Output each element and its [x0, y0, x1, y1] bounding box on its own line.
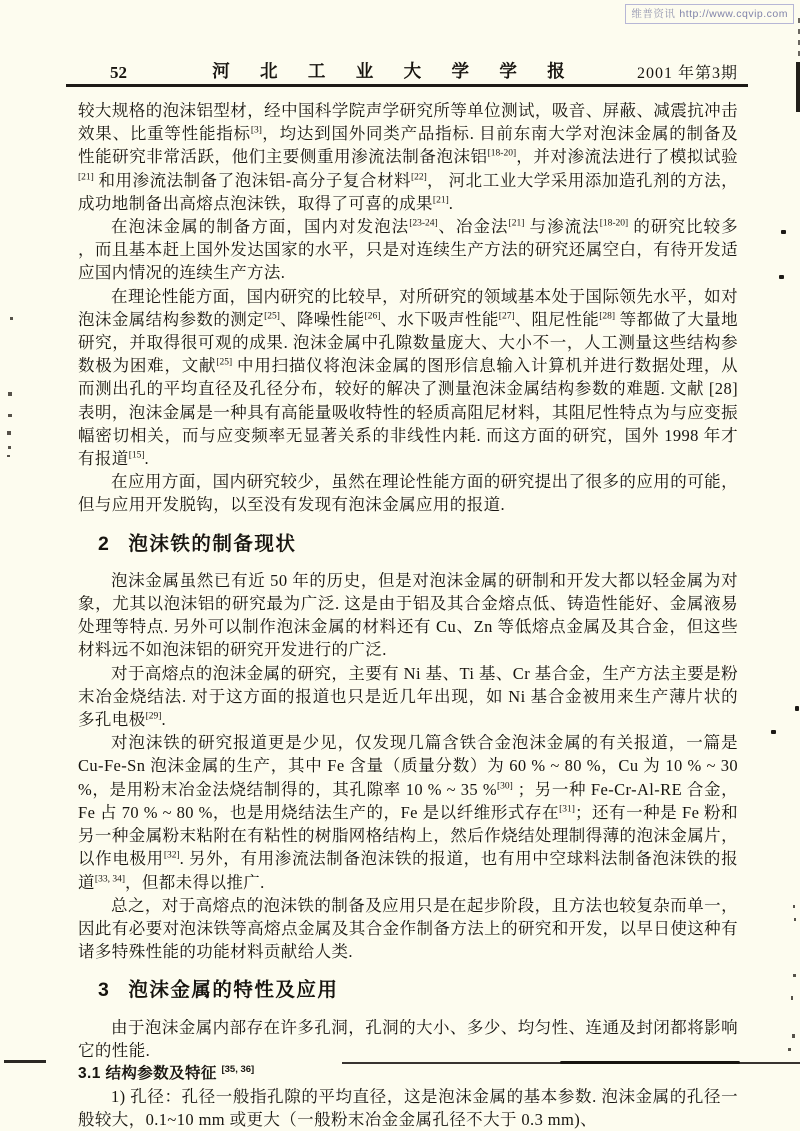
text-run: 对于高熔点的泡沫金属的研究，主要有 Ni 基、Ti 基、Cr 基合金，生产方法主… — [78, 664, 738, 729]
scan-artifact-speck — [794, 918, 796, 921]
paragraph: 总之，对于高熔点的泡沫铁的制备及应用只是在起步阶段，且方法也较复杂而单一，因此有… — [78, 894, 738, 964]
reference-superscript: [21] — [433, 195, 449, 205]
scan-artifact-speck — [788, 1048, 791, 1051]
text-run: 、阻尼性能 — [515, 310, 600, 329]
text-run: . — [161, 710, 166, 729]
reference-superscript: [30] — [497, 781, 513, 791]
section-title: 泡沫金属的特性及应用 — [128, 979, 338, 1001]
scan-artifact-speck — [8, 392, 12, 396]
reference-superscript: [29] — [146, 712, 162, 722]
reference-superscript: [21] — [509, 219, 525, 229]
text-run: 由于泡沫金属内部存在许多孔洞，孔洞的大小、多少、均匀性、连通及封闭都将影响它的性… — [78, 1018, 738, 1060]
scan-artifact-dot — [781, 230, 786, 234]
scan-artifact-right-streak — [796, 62, 800, 112]
text-run: ，并对渗流法进行了模拟试验 — [516, 147, 738, 166]
reference-superscript: [32] — [164, 851, 180, 861]
scan-artifact-speck — [7, 455, 10, 457]
issue-label: 2001 年第3期 — [610, 60, 738, 83]
scan-artifact-bottom-line-dark — [560, 1061, 740, 1064]
reference-superscript: [22] — [411, 172, 427, 182]
section-heading: 2泡沫铁的制备现状 — [98, 533, 738, 556]
paragraph: 在应用方面，国内研究较少，虽然在理论性能方面的研究提出了很多的应用的可能，但与应… — [78, 470, 738, 516]
section-heading: 3泡沫金属的特性及应用 — [98, 979, 738, 1002]
text-run: 与渗流法 — [524, 217, 599, 236]
reference-superscript: [23-24] — [409, 219, 438, 229]
reference-superscript: [25] — [264, 311, 280, 321]
text-run: ，但都未得以推广. — [125, 873, 265, 892]
text-run: 和用渗流法制备了泡沫铝-高分子复合材料 — [94, 171, 411, 190]
text-run: 1) 孔径：孔径一般指孔隙的平均直径，这是泡沫金属的基本参数. 泡沫金属的孔径一… — [78, 1087, 738, 1129]
scan-artifact-speck — [793, 905, 795, 908]
paragraph: 泡沫金属虽然已有近 50 年的历史，但是对泡沫金属的研制和开发大都以轻金属为对象… — [78, 569, 738, 662]
text-run: 泡沫金属虽然已有近 50 年的历史，但是对泡沫金属的研制和开发大都以轻金属为对象… — [78, 571, 738, 660]
page-header: 52 河 北 工 业 大 学 学 报 2001 年第3期 — [70, 58, 738, 83]
scan-artifact-speck — [8, 446, 11, 449]
scan-artifact-dot — [779, 275, 784, 279]
scan-artifact-speck — [7, 431, 11, 435]
paragraph: 对于高熔点的泡沫金属的研究，主要有 Ni 基、Ti 基、Cr 基合金，生产方法主… — [78, 662, 738, 732]
section-title: 泡沫铁的制备现状 — [128, 533, 296, 555]
scan-artifact-speck — [10, 317, 13, 320]
reference-superscript: [18-20] — [488, 149, 517, 159]
scan-artifact-speck — [792, 1034, 795, 1038]
section-number: 2 — [98, 533, 110, 555]
reference-superscript: [33, 34] — [95, 874, 125, 884]
reference-superscript: [26] — [365, 311, 381, 321]
scan-artifact-speck — [791, 996, 793, 1000]
watermark-site-label: 维普资讯 — [631, 8, 675, 20]
reference-superscript: [35, 36] — [221, 1064, 254, 1075]
article-body: 较大规格的泡沫铝型材，经中国科学院声学研究所等单位测试，吸音、屏蔽、减震抗冲击效… — [78, 99, 738, 1131]
scan-artifact-dot — [771, 730, 776, 734]
text-run: 总之，对于高熔点的泡沫铁的制备及应用只是在起步阶段，且方法也较复杂而单一，因此有… — [78, 896, 738, 961]
text-run: 、水下吸声性能 — [380, 310, 498, 329]
reference-superscript: [25] — [216, 358, 232, 368]
page-number: 52 — [70, 63, 180, 83]
reference-superscript: [15] — [129, 451, 145, 461]
header-rule — [66, 84, 748, 87]
subsection-heading: 3.1 结构参数及特征 [35, 36] — [78, 1062, 738, 1085]
text-run: 在泡沫金属的制备方面，国内对发泡法 — [111, 217, 409, 236]
scan-artifact-bottom-line-left — [4, 1060, 46, 1063]
scan-artifact-speck — [8, 414, 12, 417]
journal-title: 河 北 工 业 大 学 学 报 — [180, 58, 610, 83]
scan-artifact-dot — [795, 706, 799, 711]
text-run: . — [145, 449, 150, 468]
journal-page: 维普资讯http://www.cqvip.com 52 河 北 工 业 大 学 … — [0, 0, 800, 1131]
paragraph: 较大规格的泡沫铝型材，经中国科学院声学研究所等单位测试，吸音、屏蔽、减震抗冲击效… — [78, 99, 738, 215]
text-run: 在应用方面，国内研究较少，虽然在理论性能方面的研究提出了很多的应用的可能，但与应… — [78, 472, 738, 514]
reference-superscript: [28] — [599, 311, 615, 321]
paragraph: 在理论性能方面，国内研究的比较早，对所研究的领域基本处于国际领先水平，如对泡沫金… — [78, 285, 738, 471]
paragraph: 在泡沫金属的制备方面，国内对发泡法[23-24]、冶金法[21] 与渗流法[18… — [78, 215, 738, 285]
reference-superscript: [31] — [559, 804, 575, 814]
text-run: 、冶金法 — [438, 217, 509, 236]
text-run: . — [449, 194, 454, 213]
watermark-url: http://www.cqvip.com — [679, 8, 788, 20]
reference-superscript: [18-20] — [600, 219, 629, 229]
reference-superscript: [21] — [78, 172, 94, 182]
watermark: 维普资讯http://www.cqvip.com — [625, 4, 794, 24]
scan-artifact-speck — [793, 974, 796, 977]
section-number: 3 — [98, 979, 110, 1001]
reference-superscript: [27] — [499, 311, 515, 321]
text-run: 3.1 结构参数及特征 — [78, 1065, 221, 1082]
paragraph: 1) 孔径：孔径一般指孔隙的平均直径，这是泡沫金属的基本参数. 泡沫金属的孔径一… — [78, 1085, 738, 1131]
paragraph: 对泡沫铁的研究报道更是少见，仅发现几篇含铁合金泡沫金属的有关报道，一篇是 Cu-… — [78, 731, 738, 893]
text-run: 、降噪性能 — [280, 310, 365, 329]
reference-superscript: [3] — [251, 126, 262, 136]
paragraph: 由于泡沫金属内部存在许多孔洞，孔洞的大小、多少、均匀性、连通及封闭都将影响它的性… — [78, 1016, 738, 1062]
